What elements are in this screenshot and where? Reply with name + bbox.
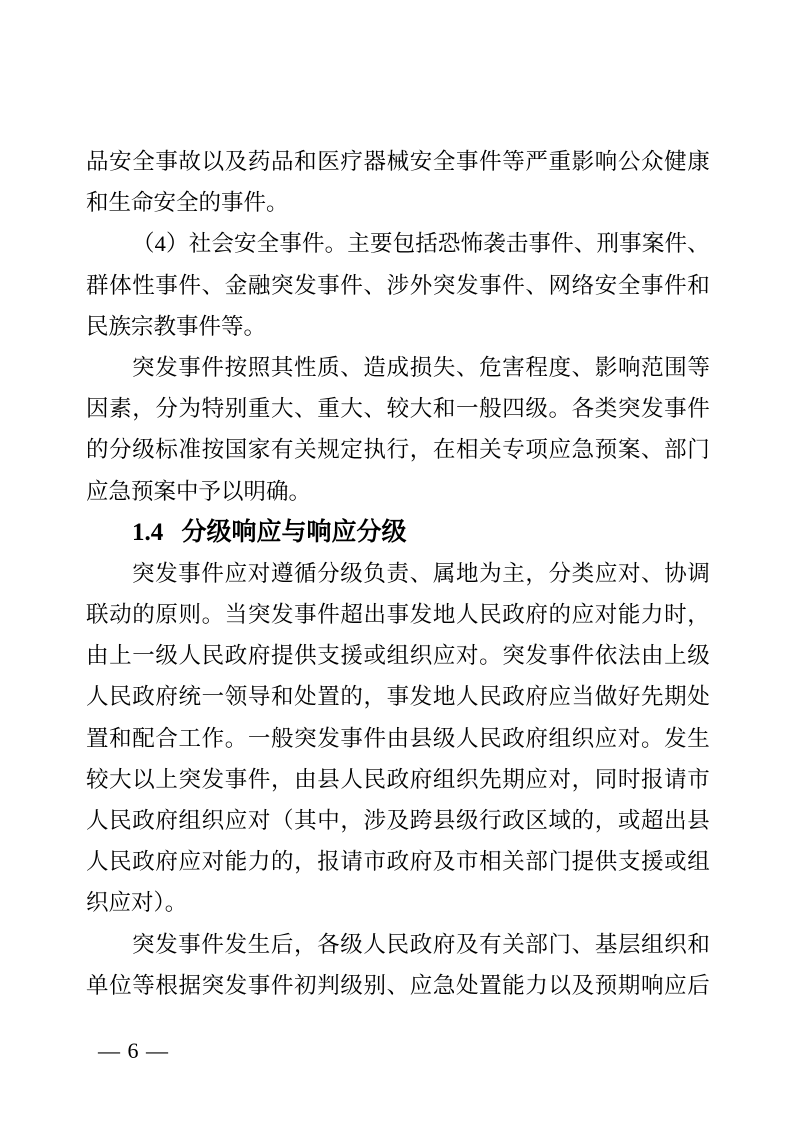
body-line: 突发事件应对遵循分级负责、属地为主，分类应对、协调 <box>86 553 710 594</box>
page-footer: — 6 — <box>98 1038 169 1064</box>
body-line: 因素，分为特别重大、重大、较大和一般四级。各类突发事件 <box>86 388 710 429</box>
body-line: 由上一级人民政府提供支援或组织应对。突发事件依法由上级 <box>86 635 710 676</box>
page-number: — 6 — <box>98 1038 169 1063</box>
section-heading: 1.4 分级响应与响应分级 <box>86 512 710 553</box>
body-line: 应急预案中予以明确。 <box>86 471 710 512</box>
document-page: 品安全事故以及药品和医疗器械安全事件等严重影响公众健康 和生命安全的事件。 （4… <box>0 0 793 1122</box>
body-line: （4）社会安全事件。主要包括恐怖袭击事件、刑事案件、 <box>86 223 710 264</box>
body-line: 置和配合工作。一般突发事件由县级人民政府组织应对。发生 <box>86 718 710 759</box>
body-line: 联动的原则。当突发事件超出事发地人民政府的应对能力时， <box>86 594 710 635</box>
body-line: 突发事件按照其性质、造成损失、危害程度、影响范围等 <box>86 347 710 388</box>
body-line: 织应对）。 <box>86 882 710 923</box>
body-line: 的分级标准按国家有关规定执行，在相关专项应急预案、部门 <box>86 429 710 470</box>
body-line: 较大以上突发事件，由县人民政府组织先期应对，同时报请市 <box>86 759 710 800</box>
body-line: 人民政府统一领导和处置的，事发地人民政府应当做好先期处 <box>86 676 710 717</box>
body-line: 人民政府组织应对（其中，涉及跨县级行政区域的，或超出县 <box>86 800 710 841</box>
body-line: 人民政府应对能力的，报请市政府及市相关部门提供支援或组 <box>86 841 710 882</box>
body-line: 和生命安全的事件。 <box>86 182 710 223</box>
body-line: 单位等根据突发事件初判级别、应急处置能力以及预期响应后 <box>86 965 710 1006</box>
body-line: 民族宗教事件等。 <box>86 306 710 347</box>
body-line: 品安全事故以及药品和医疗器械安全事件等严重影响公众健康 <box>86 141 710 182</box>
body-line: 突发事件发生后，各级人民政府及有关部门、基层组织和 <box>86 924 710 965</box>
document-body: 品安全事故以及药品和医疗器械安全事件等严重影响公众健康 和生命安全的事件。 （4… <box>86 141 710 1006</box>
body-line: 群体性事件、金融突发事件、涉外突发事件、网络安全事件和 <box>86 265 710 306</box>
